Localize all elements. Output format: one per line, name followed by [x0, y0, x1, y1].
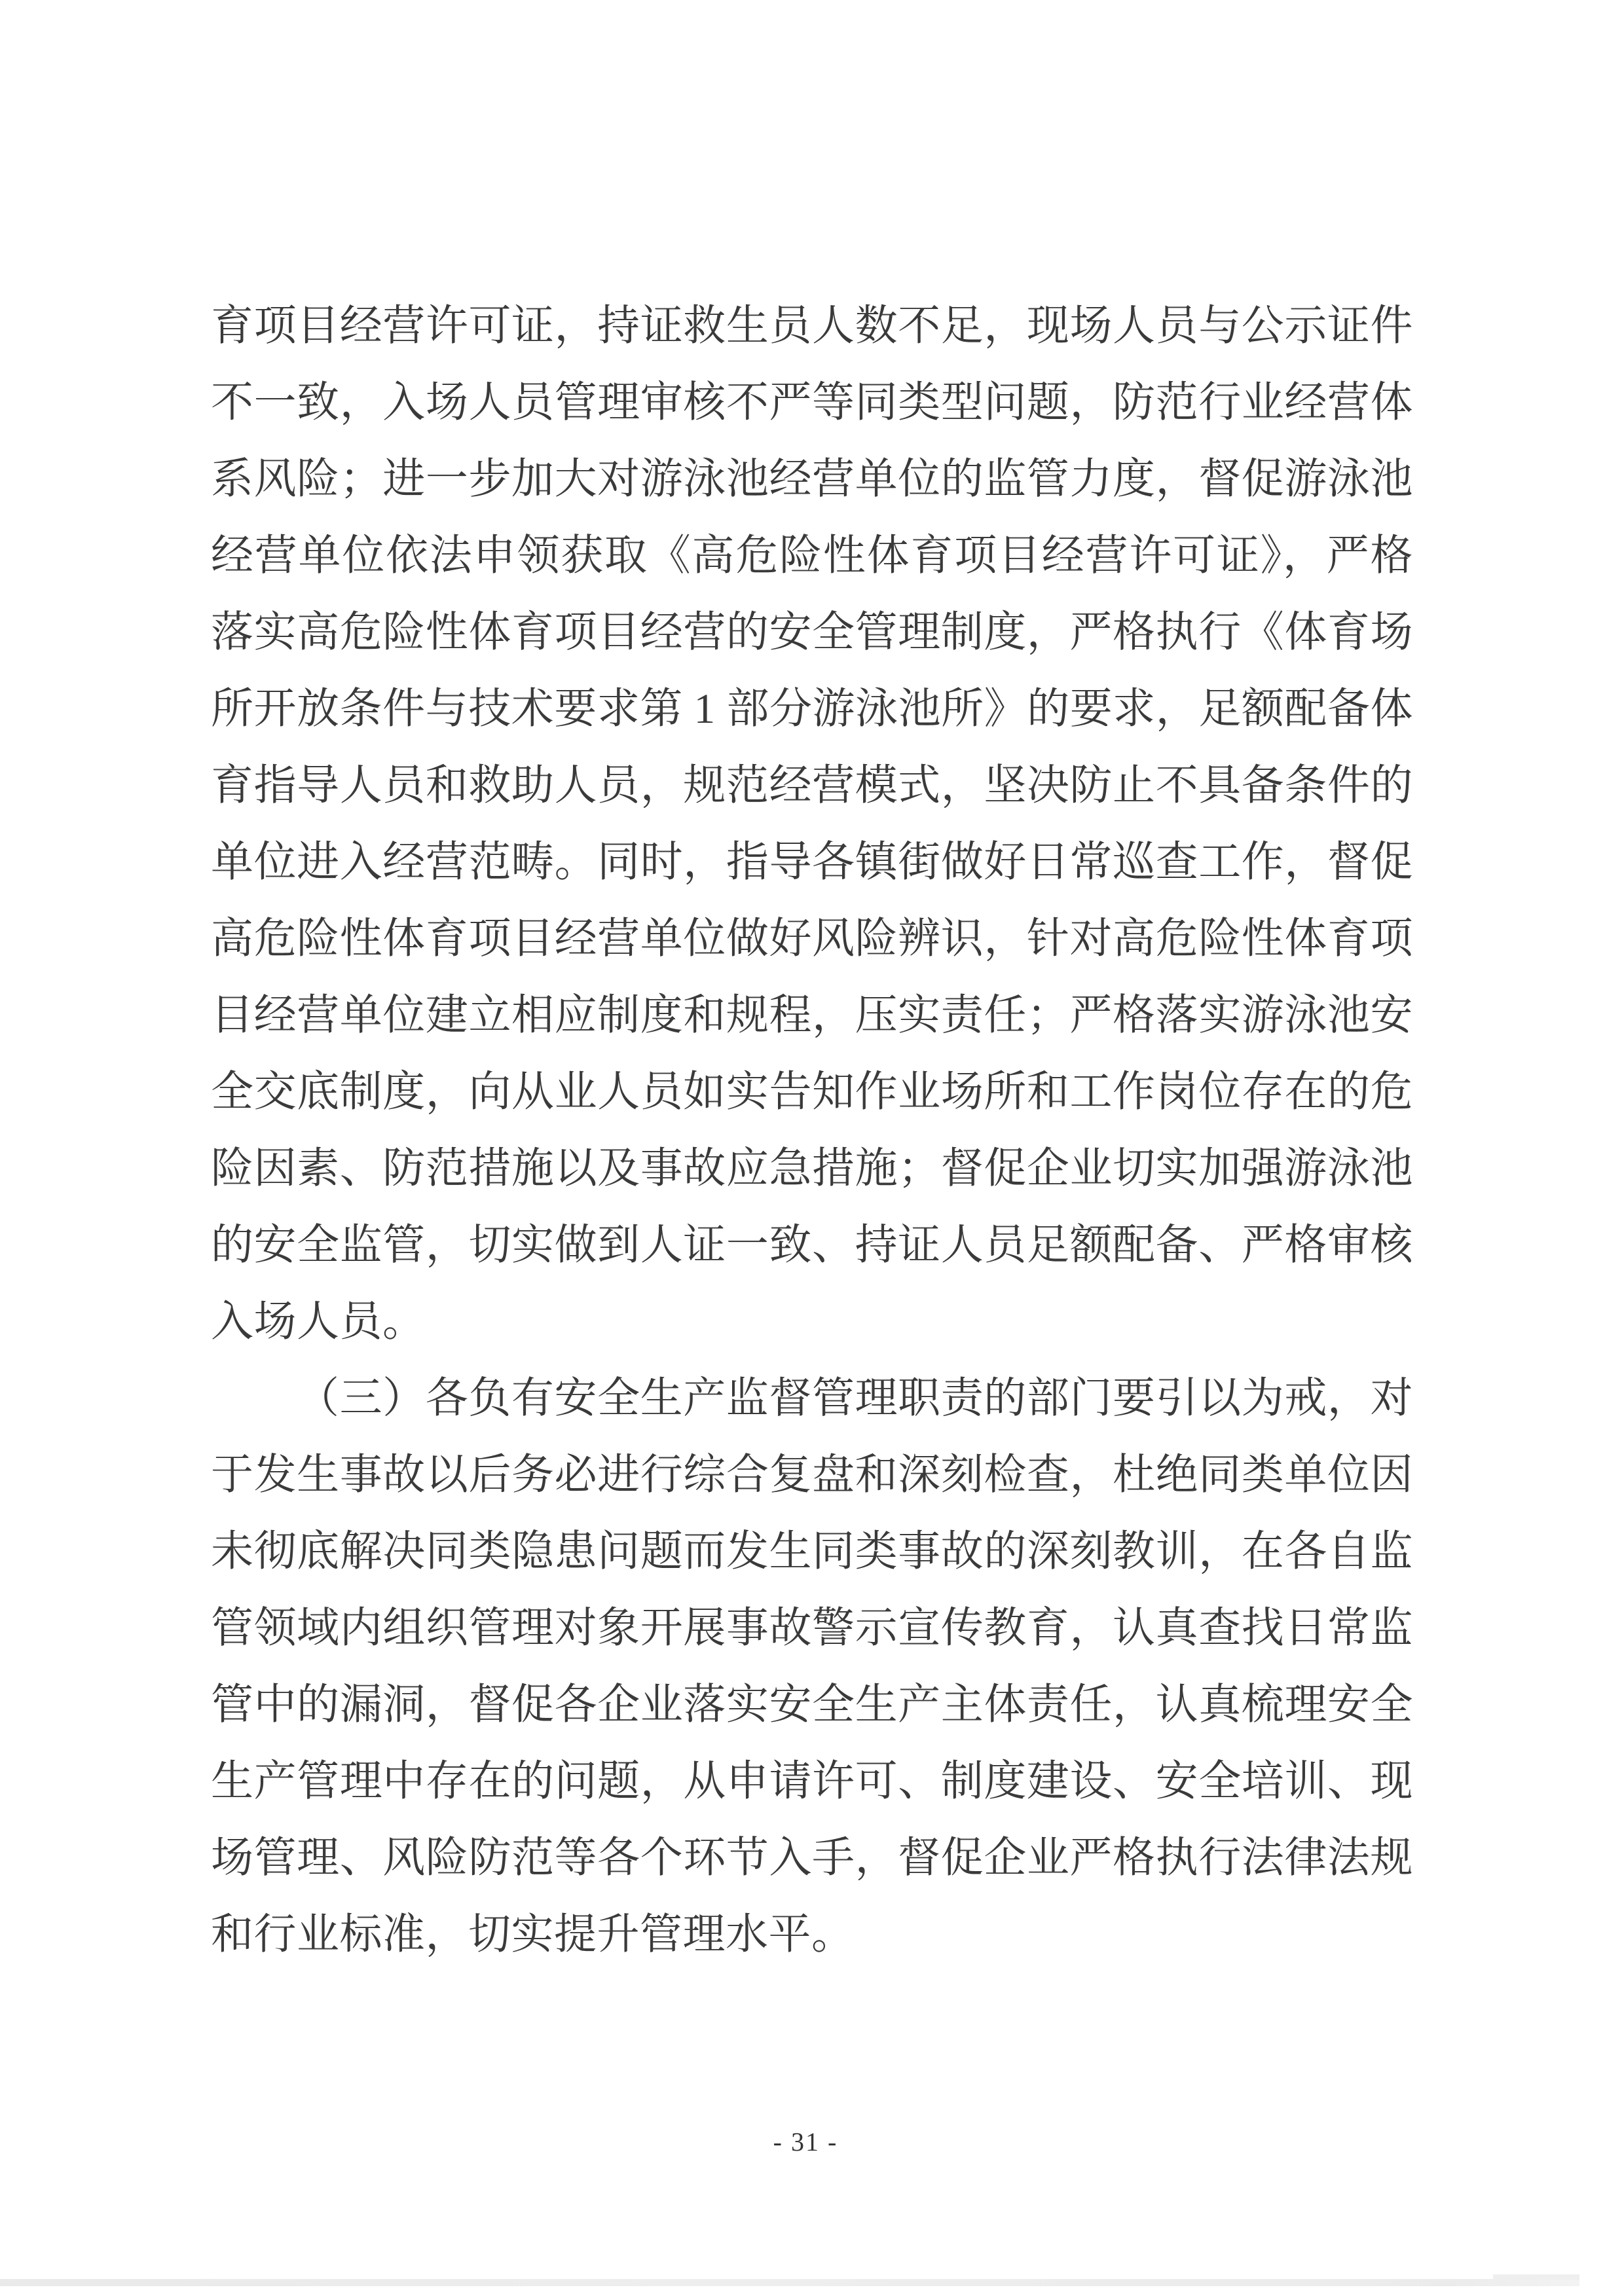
text-line: 管领域内组织管理对象开展事故警示宣传教育，认真查找日常监 — [211, 1590, 1413, 1667]
text-line: （三）各负有安全生产监督管理职责的部门要引以为戒，对 — [211, 1360, 1413, 1437]
text-line: 险因素、防范措施以及事故应急措施；督促企业切实加强游泳池 — [211, 1131, 1413, 1207]
text-line: 所开放条件与技术要求第 1 部分游泳池所》的要求，足额配备体 — [211, 671, 1413, 748]
body-text: 育项目经营许可证，持证救生员人数不足，现场人员与公示证件不一致，入场人员管理审核… — [211, 288, 1413, 1973]
text-line: 生产管理中存在的问题，从申请许可、制度建设、安全培训、现 — [211, 1743, 1413, 1820]
text-line: 于发生事故以后务必进行综合复盘和深刻检查，杜绝同类单位因 — [211, 1437, 1413, 1514]
text-line: 入场人员。 — [211, 1284, 1413, 1360]
text-line: 育项目经营许可证，持证救生员人数不足，现场人员与公示证件 — [211, 288, 1413, 365]
text-line: 和行业标准，切实提升管理水平。 — [211, 1897, 1413, 1973]
text-line: 未彻底解决同类隐患问题而发生同类事故的深刻教训，在各自监 — [211, 1514, 1413, 1590]
scan-edge-artifact-step — [1493, 2274, 1579, 2280]
text-line: 的安全监管，切实做到人证一致、持证人员足额配备、严格审核 — [211, 1207, 1413, 1284]
page-number: - 31 - — [211, 2126, 1400, 2157]
scan-edge-artifact — [0, 2279, 1579, 2286]
text-line: 落实高危险性体育项目经营的安全管理制度，严格执行《体育场 — [211, 594, 1413, 671]
text-line: 目经营单位建立相应制度和规程，压实责任；严格落实游泳池安 — [211, 977, 1413, 1054]
document-page: 育项目经营许可证，持证救生员人数不足，现场人员与公示证件不一致，入场人员管理审核… — [0, 0, 1624, 2296]
text-line: 全交底制度，向从业人员如实告知作业场所和工作岗位存在的危 — [211, 1054, 1413, 1131]
text-line: 不一致，入场人员管理审核不严等同类型问题，防范行业经营体 — [211, 365, 1413, 441]
text-line: 单位进入经营范畴。同时，指导各镇街做好日常巡查工作，督促 — [211, 824, 1413, 901]
text-line: 高危险性体育项目经营单位做好风险辨识，针对高危险性体育项 — [211, 901, 1413, 977]
text-line: 经营单位依法申领获取《高危险性体育项目经营许可证》，严格 — [211, 518, 1413, 594]
text-line: 育指导人员和救助人员，规范经营模式，坚决防止不具备条件的 — [211, 748, 1413, 824]
text-line: 管中的漏洞，督促各企业落实安全生产主体责任，认真梳理安全 — [211, 1667, 1413, 1743]
text-line: 场管理、风险防范等各个环节入手，督促企业严格执行法律法规 — [211, 1820, 1413, 1897]
text-line: 系风险；进一步加大对游泳池经营单位的监管力度，督促游泳池 — [211, 441, 1413, 518]
